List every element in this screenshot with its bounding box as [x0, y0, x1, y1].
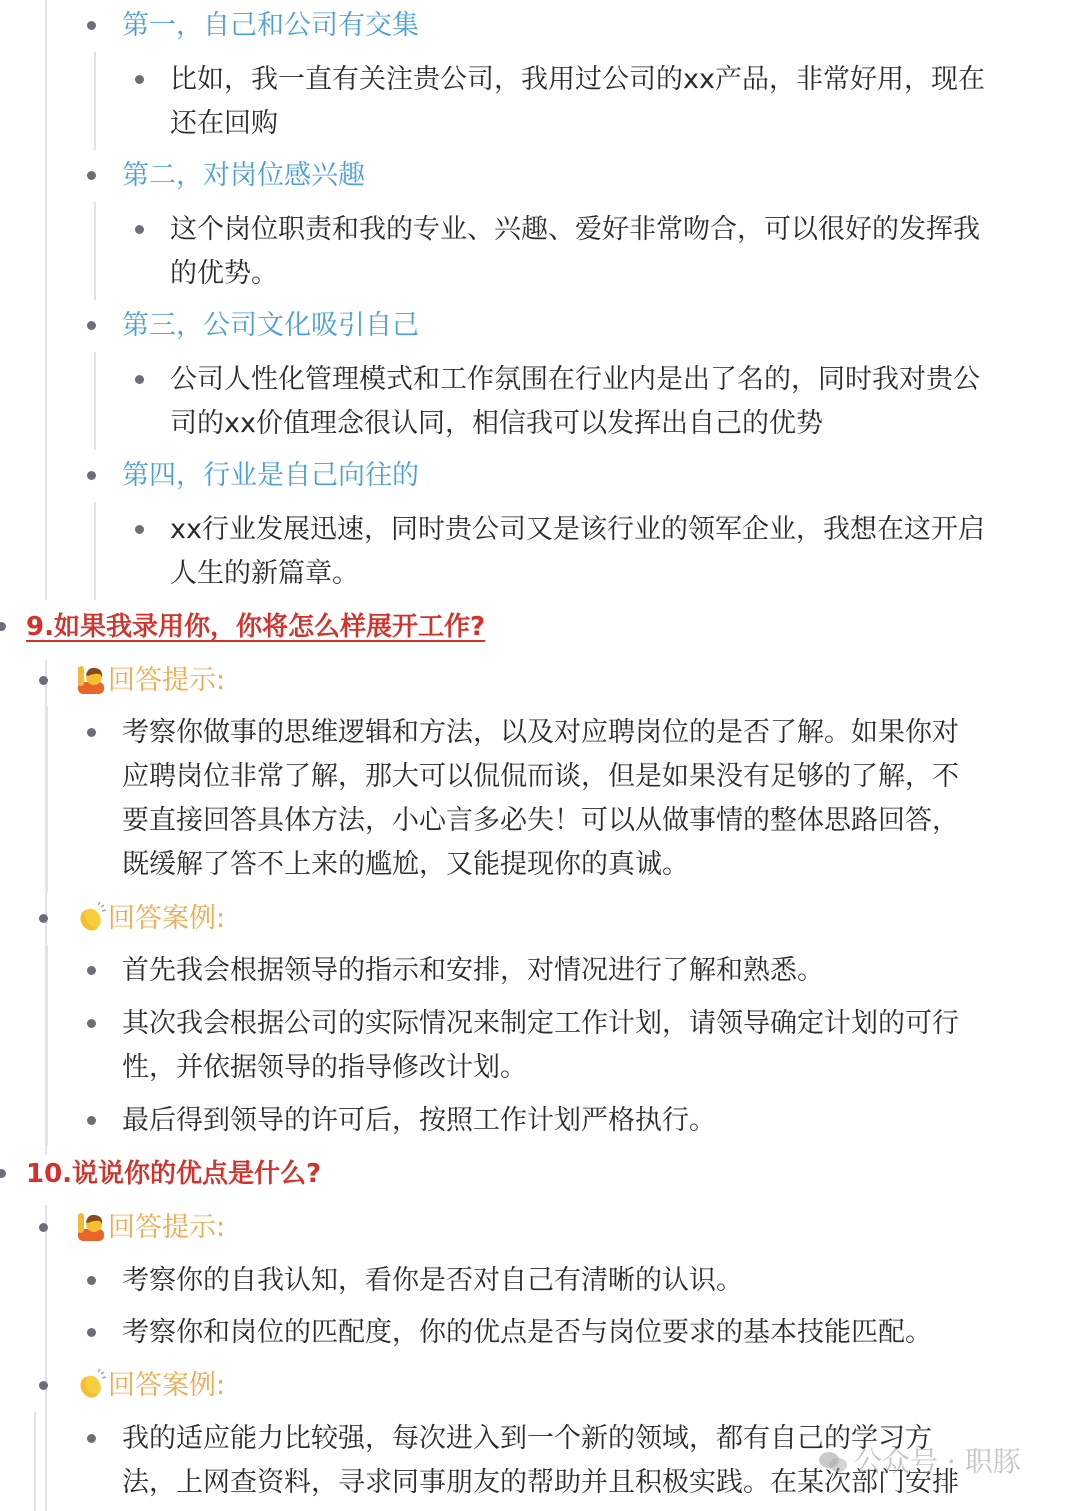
bullet — [87, 171, 96, 180]
bullet — [39, 676, 48, 685]
clapping-hands-icon — [76, 1369, 106, 1399]
guide-line-q10-example — [34, 1412, 36, 1511]
bullet — [87, 728, 96, 737]
bullet — [135, 525, 144, 534]
bullet — [87, 1328, 96, 1337]
bullet — [87, 1116, 96, 1125]
example-text: 我的适应能力比较强，每次进入到一个新的领域，都有自己的学习方 — [122, 1417, 932, 1461]
reason-detail: 司的xx价值理念很认同，相信我可以发挥出自己的优势 — [170, 402, 823, 446]
guide-line-q9-example — [46, 945, 48, 1145]
watermark: 公众号 · 职豚 — [818, 1445, 1021, 1479]
guide-line-reason-3 — [94, 352, 96, 450]
hint-text: 要直接回答具体方法，小心言多必失！可以从做事情的整体思路回答， — [122, 799, 959, 843]
reason-detail: 人生的新篇章。 — [170, 552, 359, 596]
reason-heading: 第四，行业是自己向往的 — [122, 454, 419, 498]
bullet — [87, 1434, 96, 1443]
person-raising-hand-icon — [76, 664, 106, 694]
bullet — [87, 21, 96, 30]
reason-heading: 第三，公司文化吸引自己 — [122, 304, 419, 348]
bullet — [39, 1223, 48, 1232]
example-text: 性，并依据领导的指导修改计划。 — [122, 1046, 527, 1090]
reason-heading: 第二，对岗位感兴趣 — [122, 154, 365, 198]
wechat-icon — [818, 1450, 848, 1474]
guide-line-q10 — [45, 1205, 47, 1511]
bullet — [0, 1169, 6, 1178]
person-raising-hand-icon — [76, 1211, 106, 1241]
hint-text: 考察你的自我认知，看你是否对自己有清晰的认识。 — [122, 1259, 743, 1303]
hint-text: 既缓解了答不上来的尴尬，又能提现你的真诚。 — [122, 843, 689, 887]
example-text: 首先我会根据领导的指示和安排，对情况进行了解和熟悉。 — [122, 949, 824, 993]
example-text: 其次我会根据公司的实际情况来制定工作计划，请领导确定计划的可行 — [122, 1002, 959, 1046]
watermark-text: 公众号 · 职豚 — [854, 1445, 1021, 1478]
hint-label-row: 回答提示: — [76, 1206, 225, 1250]
reason-detail: 比如，我一直有关注贵公司，我用过公司的xx产品，非常好用，现在 — [170, 58, 985, 102]
clapping-hands-icon — [76, 902, 106, 932]
question-title: 10.说说你的优点是什么? — [26, 1152, 321, 1196]
example-label-row: 回答案例: — [76, 1364, 225, 1408]
question-title: 9.如果我录用你，你将怎么样展开工作? — [26, 605, 485, 649]
guide-line-reason-1 — [94, 52, 96, 150]
outer-guide-line — [45, 0, 47, 600]
reason-detail: xx行业发展迅速，同时贵公司又是该行业的领军企业，我想在这开启 — [170, 508, 985, 552]
bullet — [135, 375, 144, 384]
hint-label-row: 回答提示: — [76, 659, 225, 703]
example-label: 回答案例: — [108, 1370, 225, 1401]
bullet — [87, 471, 96, 480]
bullet — [87, 1276, 96, 1285]
bullet — [87, 966, 96, 975]
guide-line-reason-2 — [94, 202, 96, 300]
reason-detail: 的优势。 — [170, 252, 278, 296]
hint-label: 回答提示: — [108, 1212, 225, 1243]
bullet — [0, 622, 6, 631]
bullet — [87, 321, 96, 330]
reason-detail: 这个岗位职责和我的专业、兴趣、爱好非常吻合，可以很好的发挥我 — [170, 208, 980, 252]
hint-text: 考察你和岗位的匹配度，你的优点是否与岗位要求的基本技能匹配。 — [122, 1311, 932, 1355]
hint-text: 应聘岗位非常了解，那大可以侃侃而谈，但是如果没有足够的了解，不 — [122, 755, 959, 799]
reason-detail: 还在回购 — [170, 102, 278, 146]
bullet — [87, 1019, 96, 1028]
hint-label: 回答提示: — [108, 665, 225, 696]
guide-line-q9-hint — [46, 706, 48, 892]
bullet — [39, 914, 48, 923]
guide-line-reason-4 — [94, 502, 96, 600]
reason-heading: 第一，自己和公司有交集 — [122, 4, 419, 48]
hint-text: 考察你做事的思维逻辑和方法，以及对应聘岗位的是否了解。如果你对 — [122, 711, 959, 755]
reason-detail: 公司人性化管理模式和工作氛围在行业内是出了名的，同时我对贵公 — [170, 358, 980, 402]
bullet — [135, 75, 144, 84]
example-text: 最后得到领导的许可后，按照工作计划严格执行。 — [122, 1099, 716, 1143]
bullet — [39, 1381, 48, 1390]
example-label: 回答案例: — [108, 903, 225, 934]
bullet — [135, 225, 144, 234]
example-label-row: 回答案例: — [76, 897, 225, 941]
